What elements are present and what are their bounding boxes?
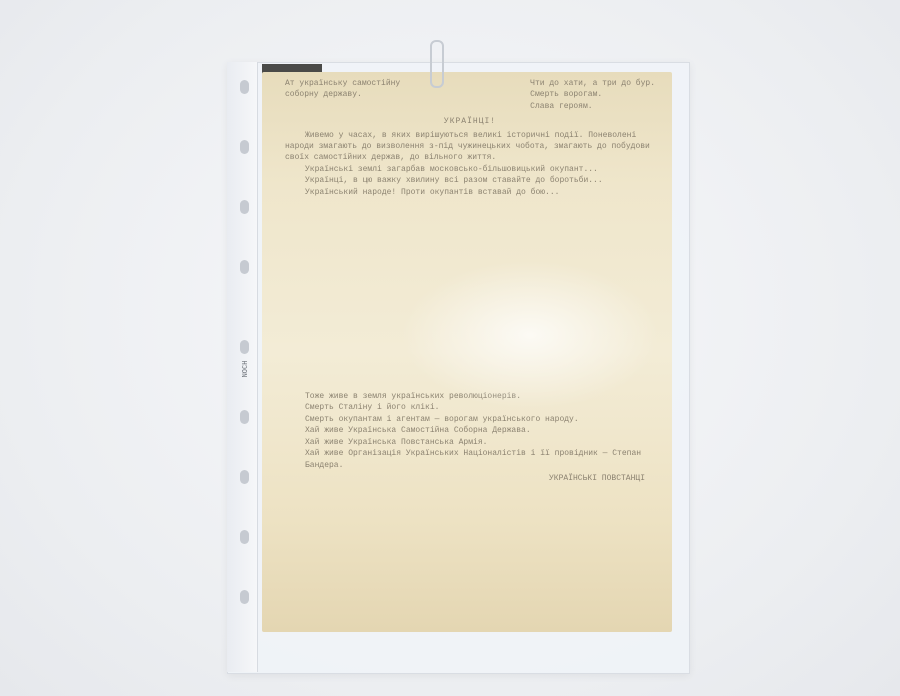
- punch-hole: [240, 590, 249, 604]
- paragraph: Живемо у часах, в яких вирішуються велик…: [285, 130, 655, 164]
- punch-hole: [240, 80, 249, 94]
- light-glare: [400, 260, 660, 410]
- paragraph: Український народе! Проти окупантів вста…: [285, 187, 655, 198]
- document-title: УКРАЇНЦІ!: [285, 116, 655, 127]
- punch-hole: [240, 140, 249, 154]
- punch-hole: [240, 530, 249, 544]
- punch-hole: [240, 260, 249, 274]
- paragraph: Українці, в цю важку хвилину всі разом с…: [285, 175, 655, 186]
- header-left: Ат українську самостійну соборну державу…: [285, 78, 400, 112]
- paragraph: Українські землі загарбав московсько-біл…: [285, 164, 655, 175]
- punch-hole: [240, 470, 249, 484]
- header-right: Чти до хати, а три до бур. Смерть ворога…: [530, 78, 655, 112]
- punch-hole: [240, 200, 249, 214]
- document-header: Ат українську самостійну соборну державу…: [285, 78, 655, 112]
- signature: УКРАЇНСЬКІ ПОВСТАНЦІ: [285, 473, 645, 484]
- sleeve-label: NOCH: [242, 349, 250, 389]
- punch-hole: [240, 410, 249, 424]
